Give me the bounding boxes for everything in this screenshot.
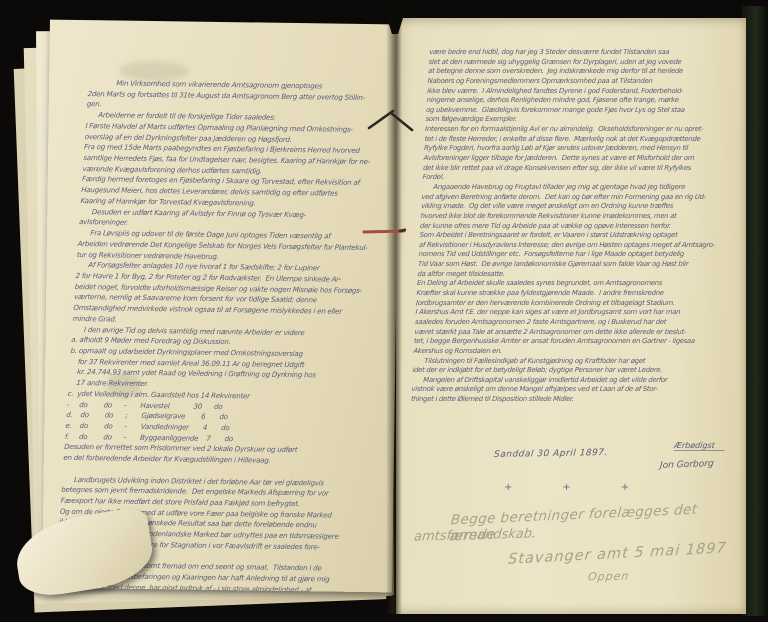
pencil-annotation-date: Stavanger amt 5 mai 1897	[507, 540, 727, 568]
handwriting-line: været stærkt paa Tale at ansætte 2 Amtsa…	[414, 328, 741, 338]
handwriting-line: Tilslutningen til Fællesindkjøb af Kunst…	[413, 357, 740, 367]
handwriting-line: slet at den nærmede sig uhyggelig Grænse…	[428, 58, 746, 68]
scanned-document-photo: Min Virksomhed som vikarierende Amtsagro…	[0, 0, 768, 622]
handwriting-line: Naboers og Foreningsmedlemmers Opmærksom…	[427, 77, 746, 87]
handwriting-line: Angaaende Havebrug og Frugtavl tillader …	[422, 183, 746, 193]
right-page: være bedre end hidtil, dog har jeg 3 Ste…	[396, 18, 746, 614]
handwriting-line: ved afgiven Beretning anførte derom. Det…	[421, 193, 746, 203]
handwriting-line: og ubekvemme. Glædeligvis forekommer man…	[426, 106, 746, 116]
handwriting-line: tet i de fleste Herreder, i enkelte af d…	[424, 135, 746, 145]
handwriting-line: at betegne denne som overskreden. Jeg in…	[428, 67, 746, 77]
handwriting-line: nomens Tid ved Udstillinger etc. Forsøgs…	[418, 250, 745, 260]
handwriting-line: Akershus og Romsdalen en.	[413, 347, 740, 357]
handwriting-line: +	[562, 482, 570, 494]
handwriting-line: ikke blev værre. I Almindelighed fandtes…	[427, 87, 746, 97]
handwriting-line: Fordel.	[422, 173, 746, 183]
handwriting-line: Tid Vaar som Høst. De øvrige landøkonomi…	[418, 260, 745, 270]
handwriting-line: +	[621, 482, 629, 494]
handwriting-line: Kræfter skal kunne strække paa fyldestgj…	[416, 289, 743, 299]
handwriting-line: thinget i dette Øiemed til Disposition s…	[411, 395, 738, 405]
signature-name: Jon Gorborg	[660, 459, 714, 471]
handwriting-line: Avlsforeninger ligger tilbage for Jædder…	[423, 154, 746, 164]
handwriting-line: Interessen for en formaalstjenlig Avl er…	[425, 125, 746, 135]
signature-place-date: Sanddal 30 April 1897.	[493, 448, 608, 460]
handwriting-line: Mangelen af Driftskapital vanskeliggjør …	[412, 376, 739, 386]
handwriting-line: vistnok være ønskeligt om denne Mangel a…	[411, 385, 738, 395]
handwriting-line: vikling imøde. Og det ville være meget ø…	[421, 202, 746, 212]
handwriting-line: Jordbrugsamter er den herværende kombine…	[416, 299, 743, 309]
handwriting-line: hvorved ikke blot de forekommende Rekvis…	[420, 212, 746, 222]
handwriting-line: tet, i begge Bergenhusiske Amter er ansa…	[414, 337, 741, 347]
handwriting-line: Som Arbeidet i Beretningsaaret er fordel…	[419, 231, 746, 241]
handwriting-line: da altfor meget tilsidesatte.	[417, 270, 744, 280]
right-page-handwriting: være bedre end hidtil, dog har jeg 3 Ste…	[411, 48, 746, 405]
handwriting-line: +	[504, 482, 512, 494]
handwriting-line: være bedre end hidtil, dog har jeg 3 Ste…	[429, 48, 746, 58]
plus-marks-row: +++	[504, 482, 629, 494]
handwriting-line: det ikke blir rettet paa vil drage Konse…	[423, 164, 746, 174]
pencil-annotation-signature: Oppen	[587, 570, 630, 584]
handwriting-line: I Akershus Amt f.E. der neppe kan siges …	[415, 308, 742, 318]
handwriting-line: der kunne ofres mere Tid og Arbeide paa …	[420, 222, 746, 232]
handwriting-line: idet der er indkjøbt for et betydeligt B…	[412, 366, 739, 376]
handwriting-line: som følgeværdige Exempler.	[425, 115, 746, 125]
handwriting-line: saaledes foruden Amtsagronomen 2 faste A…	[415, 318, 742, 328]
handwriting-line: af Rekvisitioner i Husdyravlens Interess…	[419, 241, 746, 251]
pencil-annotation-line2: amtsformandskab.	[413, 526, 537, 544]
handwriting-line: En Deling af Arbeidet skulle saaledes sy…	[417, 279, 744, 289]
handwriting-line: Ryfylke Fogderi, hvorfra aarlig Løb af K…	[424, 144, 746, 154]
book-gutter-shadow	[386, 14, 402, 614]
signature-closing: Ærbødigst	[673, 441, 725, 451]
handwriting-line: ningerne anselige, derhos Renligheden mi…	[426, 96, 746, 106]
left-page: Min Virksomhed som vikarierende Amtsagro…	[42, 20, 400, 593]
